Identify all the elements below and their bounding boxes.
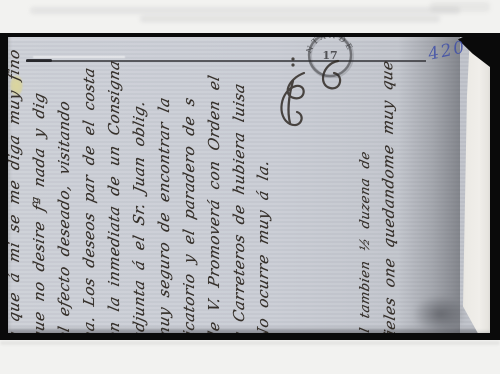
handwriting-line: que no desire fª nada y dig [30,91,48,333]
handwriting-line: No ocurre muy á la. [254,158,272,333]
handwriting-line: licatorio y el paradero de s [180,96,198,334]
handwriting-line: y Carreteros de hubiera luisa [230,81,248,333]
handwriting-line: na. Los deseos par de el costa [80,66,98,333]
handwriting-line: en la inmediata de un Consigna [105,58,123,333]
handwriting-line: y que á mi se me diga muy fino [8,47,23,333]
page-smudge [30,7,460,14]
postmark-day: 17 [322,49,337,62]
postmark: NTANDE 17 [306,37,354,78]
page-smudge [140,16,440,22]
handwriting-line: el efecto deseado, visitando [55,99,73,333]
fold-highlight [33,56,125,58]
flap-shadow-blob [412,295,468,333]
handwriting-line: fieles one quedandome muy que [378,59,399,333]
catalog-page: y que á mi se me diga muy fino que no de… [0,0,500,374]
handwriting-line: muy seguro de encontrar la [155,95,173,333]
letter-paper: y que á mi se me diga muy fino que no de… [8,37,490,333]
fold-crease-line [26,60,426,62]
fold-crease-line [26,59,52,62]
page-smudge [430,2,490,12]
handwriting-line: de V. Promoverá con Orden el [205,73,223,333]
flap-shadow [398,37,460,333]
page-smudge [0,341,500,345]
letter-photo-frame: y que á mi se me diga muy fino que no de… [0,33,500,340]
handwriting-line: adjunta á el Sr. Juan oblig. [130,99,148,333]
handwriting-line: el tambien ½ duzena de [358,150,373,333]
